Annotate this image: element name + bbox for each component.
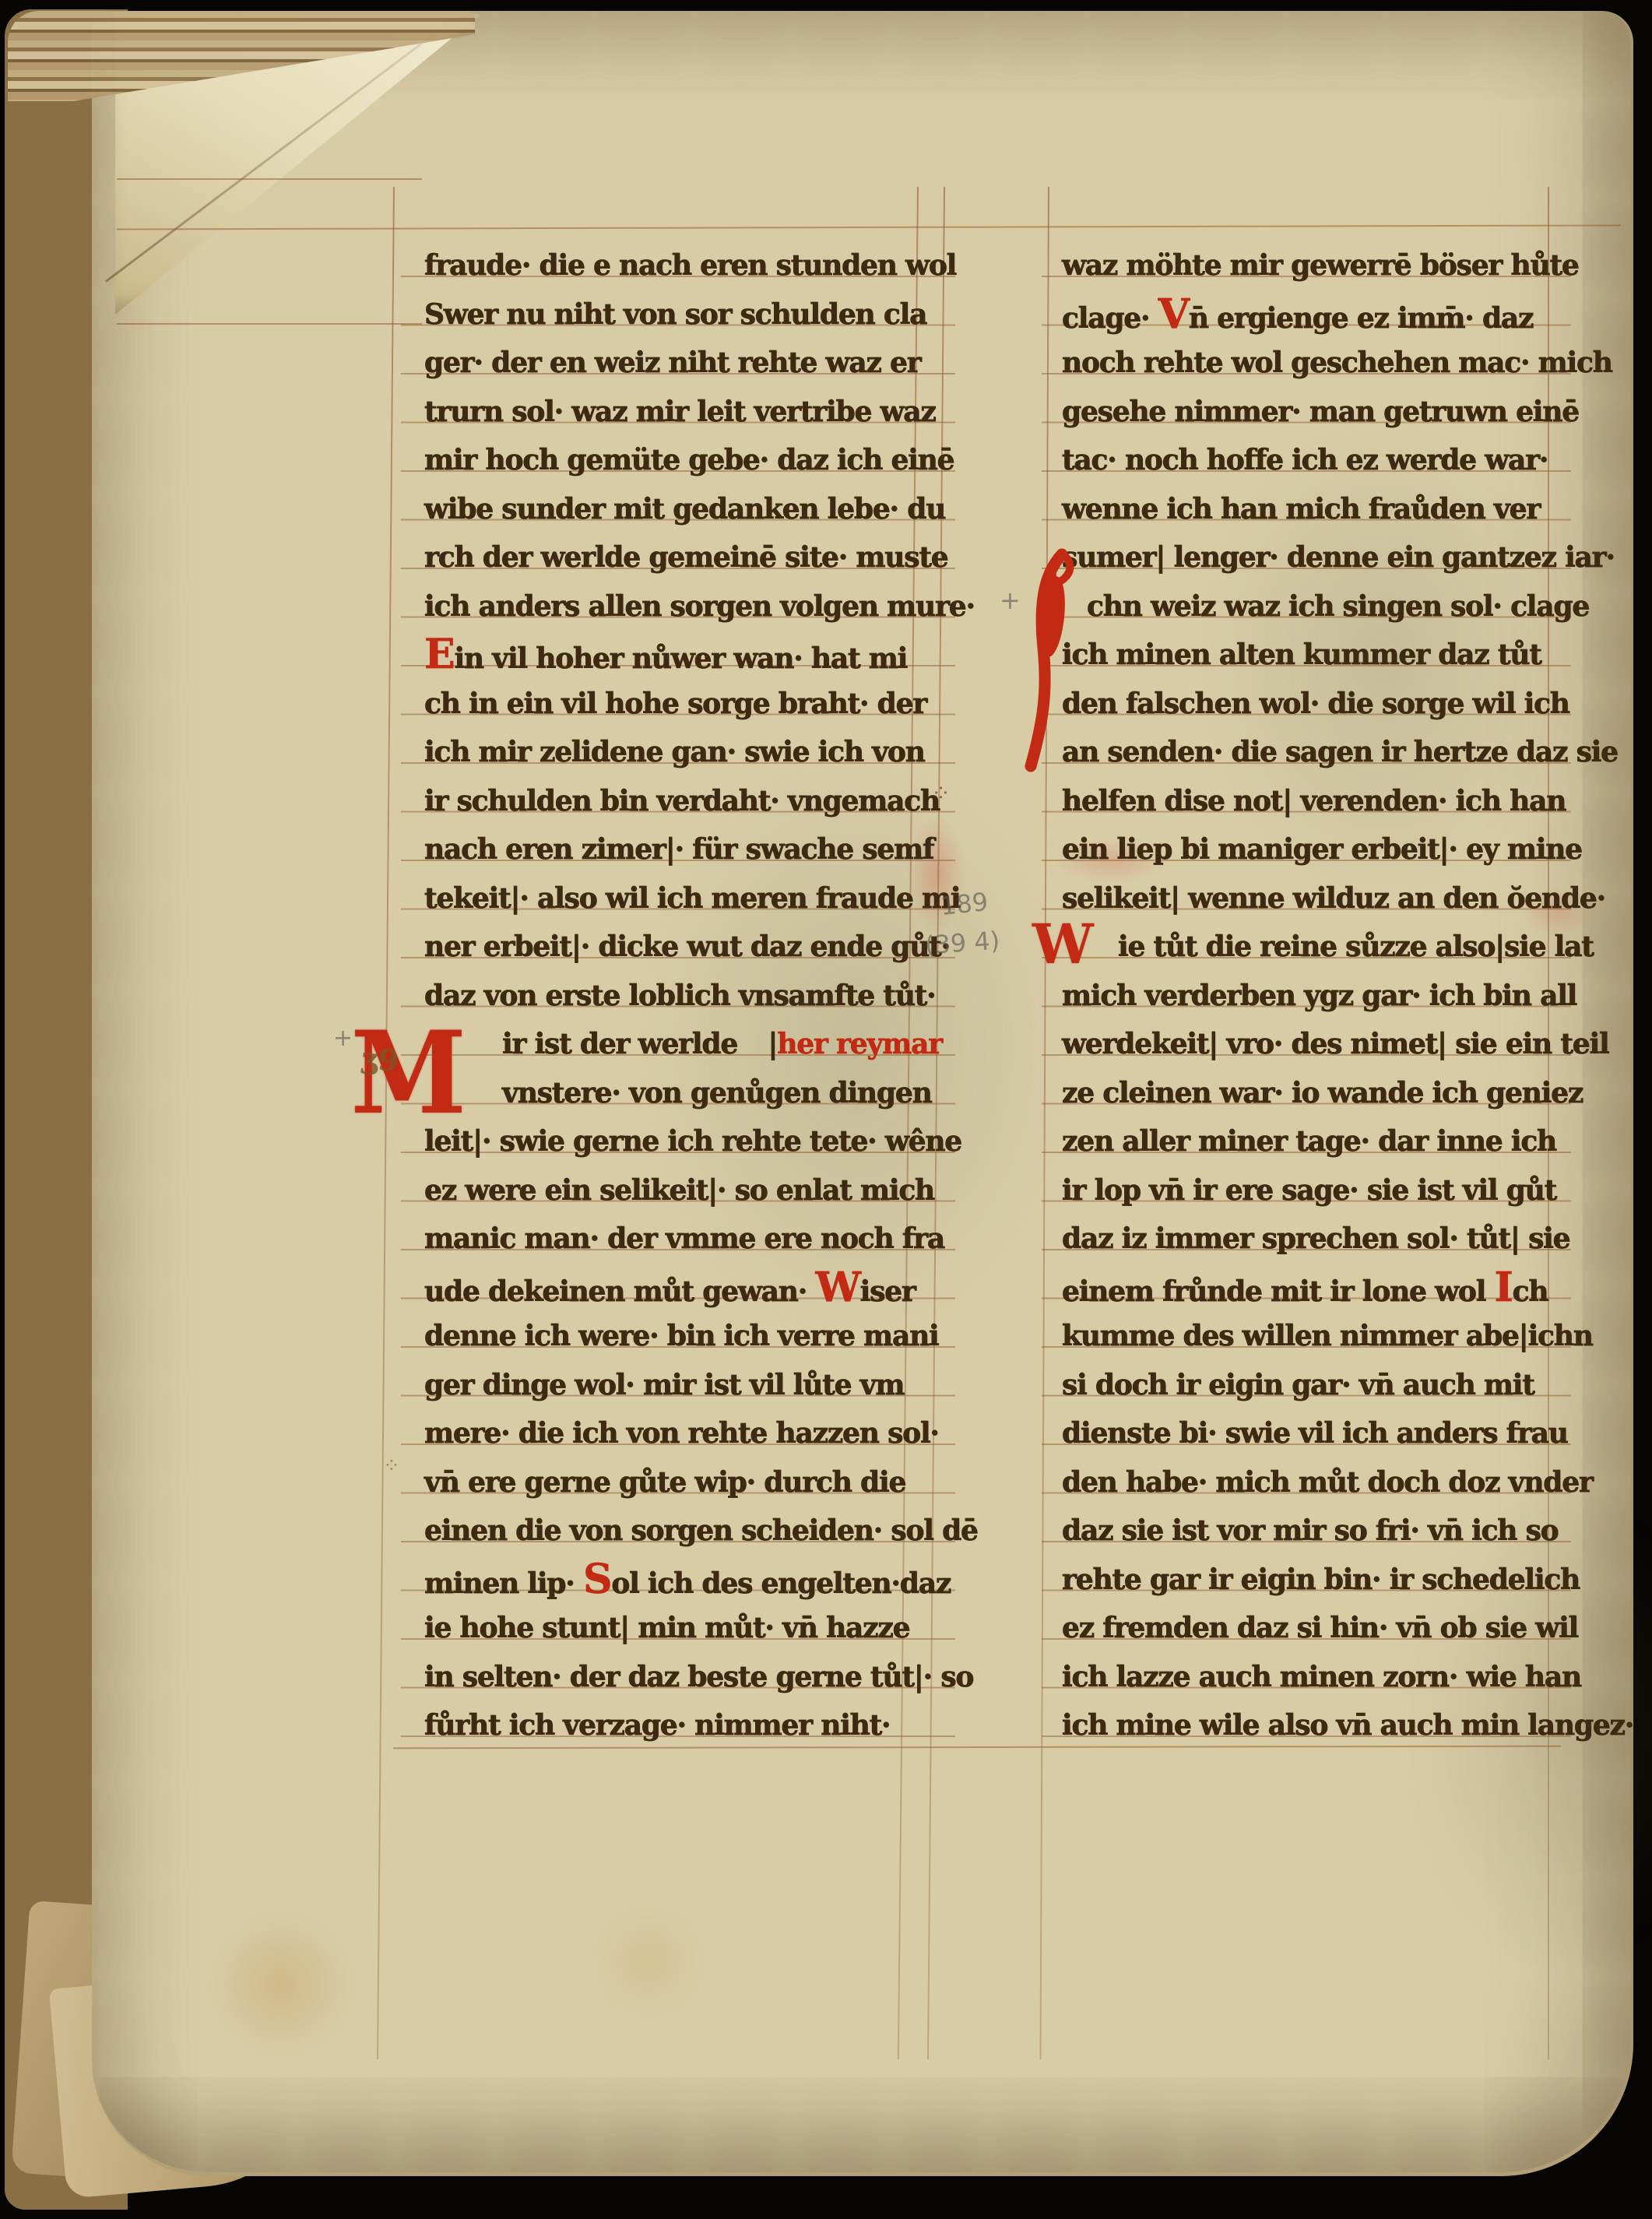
rubric-text: E (424, 631, 454, 678)
text-line: vn̄ ere gerne gůte wip· durch die (424, 1458, 942, 1507)
body-text: gesehe nimmer· man getruwn einē (1062, 396, 1579, 428)
lombard-initial-w: W (1032, 917, 1094, 972)
text-line: ich anders allen sorgen volgen mure· (424, 582, 942, 631)
pencil-foliation-number: (39 4) (924, 926, 1001, 961)
body-text: n̄ ergienge ez imm̄· daz (1189, 302, 1533, 335)
text-line: waz möhte mir gewerrē böser hůte (1062, 241, 1560, 290)
body-text: ude dekeinen můt gewan· (424, 1275, 815, 1308)
body-text: helfen dise not| verenden· ich han (1062, 785, 1566, 818)
text-line: manic man· der vmme ere noch fra (424, 1215, 942, 1264)
text-line: werdekeit| vro· des nimet| sie ein teil (1062, 1020, 1560, 1069)
text-line: rehte gar ir eigin bin· ir schedelich (1062, 1556, 1560, 1605)
body-text: ich mir zelidene gan· swie ich von (424, 736, 925, 768)
manuscript-photo: fraude· die e nach eren stunden wolSwer … (0, 0, 1652, 2219)
text-line: mich verderben ygz gar· ich bin all (1062, 972, 1560, 1021)
text-line: Ein vil hoher nůwer wan· hat mi (424, 631, 942, 680)
text-line: leit|· swie gerne ich rehte tete· wêne (424, 1117, 942, 1166)
body-text: in selten· der daz beste gerne tůt|· so (424, 1661, 973, 1693)
tall-initial-i-glyph (1021, 547, 1084, 788)
body-text: ich lazze auch minen zorn· wie han (1062, 1661, 1581, 1693)
body-text: in vil hoher nůwer wan· hat mi (454, 642, 907, 675)
body-text: iser (860, 1275, 916, 1308)
body-text: minen lip· (424, 1567, 583, 1600)
text-line: tekeit|· also wil ich meren fraude mi (424, 874, 942, 923)
body-text: ich anders allen sorgen volgen mure· (424, 590, 975, 623)
text-line: ie hohe stunt| min můt· vn̄ hazze (424, 1604, 942, 1653)
rubric-text: I (1495, 1264, 1513, 1311)
body-text: leit|· swie gerne ich rehte tete· wêne (424, 1125, 961, 1158)
body-text: tac· noch hoffe ich ez werde war· (1062, 444, 1548, 477)
body-text: nach eren zimer|· für swache semf (424, 833, 933, 866)
quire-signature-mark: ʒ9 (360, 1040, 400, 1079)
body-text: denne ich were· bin ich verre mani (424, 1320, 939, 1352)
body-text: fraude· die e nach eren stunden wol (424, 249, 956, 282)
text-line: minen lip· Sol ich des engelten·daz (424, 1556, 942, 1605)
text-line: ich lazze auch minen zorn· wie han (1062, 1653, 1560, 1702)
text-line: daz iz immer sprechen sol· tůt| sie (1062, 1215, 1560, 1264)
text-line: ez fremden daz si hin· vn̄ ob sie wil (1062, 1604, 1560, 1653)
text-line: tac· noch hoffe ich ez werde war· (1062, 436, 1560, 485)
body-text: selikeit| wenne wilduz an den ŏende· (1062, 882, 1605, 915)
body-text: einen die von sorgen scheiden· sol dē (424, 1514, 978, 1547)
body-text: ger dinge wol· mir ist vil lůte vm (424, 1369, 904, 1401)
body-text: rehte gar ir eigin bin· ir schedelich (1062, 1563, 1580, 1596)
body-text: ch in ein vil hohe sorge braht· der (424, 688, 926, 720)
text-line: an senden· die sagen ir hertze daz sie (1062, 728, 1560, 777)
text-line: daz von erste loblich vnsamfte tůt· (424, 972, 942, 1021)
text-line: wenne ich han mich fraůden ver (1062, 485, 1560, 534)
body-text: clage· (1062, 302, 1158, 335)
body-text: noch rehte wol geschehen mac· mich (1062, 346, 1612, 379)
body-text: wenne ich han mich fraůden ver (1062, 493, 1540, 526)
parchment-stain (590, 1903, 707, 2020)
text-line: ch in ein vil hohe sorge braht· der (424, 680, 942, 729)
text-line: Swer nu niht von sor schulden cla (424, 290, 942, 339)
body-text: daz von erste loblich vnsamfte tůt· (424, 979, 935, 1012)
text-line: einen die von sorgen scheiden· sol dē (424, 1507, 942, 1556)
text-line: fraude· die e nach eren stunden wol (424, 241, 942, 290)
body-text: ze cleinen war· io wande ich geniez (1062, 1077, 1583, 1109)
dots-mark: ⁘ (383, 1454, 400, 1478)
text-line: ein liep bi maniger erbeit|· ey mine (1062, 825, 1560, 874)
body-text: kumme des willen nimmer abe|ichn (1062, 1320, 1593, 1352)
text-line: ude dekeinen můt gewan· Wiser (424, 1264, 942, 1313)
body-text: vnstere· von genůgen dingen (502, 1077, 932, 1109)
body-text: daz sie ist vor mir so fri· vn̄ ich so (1062, 1514, 1558, 1547)
text-line: einem frůnde mit ir lone wol Ich (1062, 1264, 1560, 1313)
text-line: ger· der en weiz niht rehte waz er (424, 339, 942, 388)
body-text: ich mine wile also vn̄ auch min langez· (1062, 1709, 1633, 1742)
text-line: vnstere· von genůgen dingen (424, 1069, 942, 1118)
body-text: einem frůnde mit ir lone wol (1062, 1275, 1495, 1308)
text-line: fůrht ich verzage· nimmer niht· (424, 1701, 942, 1750)
text-line: trurn sol· waz mir leit vertribe waz (424, 388, 942, 437)
body-text: ez were ein selikeit|· so enlat mich (424, 1174, 934, 1207)
body-text: den falschen wol· die sorge wil ich (1062, 688, 1569, 720)
rubric-text: S (583, 1556, 611, 1603)
body-text: sumer| lenger· denne ein gantzez iar· (1062, 541, 1615, 574)
body-text: den habe· mich můt doch doz vnder (1062, 1466, 1593, 1499)
text-line: ir ist der werlde|her reymar (424, 1020, 942, 1069)
body-text: an senden· die sagen ir hertze daz sie (1062, 736, 1618, 768)
text-line: ir lop vn̄ ir ere sage· sie ist vil gůt (1062, 1166, 1560, 1215)
body-text: ir ist der werlde (502, 1020, 737, 1069)
text-line: noch rehte wol geschehen mac· mich (1062, 339, 1560, 388)
text-line: clage· Vn̄ ergienge ez imm̄· daz (1062, 290, 1560, 339)
text-line: ich mir zelidene gan· swie ich von (424, 728, 942, 777)
body-text: waz möhte mir gewerrē böser hůte (1062, 249, 1579, 282)
body-text: ich minen alten kummer daz tůt (1062, 638, 1541, 671)
body-text: ie hohe stunt| min můt· vn̄ hazze (424, 1612, 909, 1644)
pencil-cross-mark: + (1000, 586, 1021, 615)
text-line: mir hoch gemüte gebe· daz ich einē (424, 436, 942, 485)
text-line: ir schulden bin verdaht· vngemach (424, 777, 942, 826)
body-text: rch der werlde gemeinē site· muste (424, 541, 948, 574)
pencil-cross-mark: + (333, 1025, 353, 1052)
text-line: rch der werlde gemeinē site· muste (424, 533, 942, 582)
text-line: wibe sunder mit gedanken lebe· du (424, 485, 942, 534)
ruling-margin-line (117, 323, 422, 325)
text-line: ner erbeit|· dicke wut daz ende gůt· (424, 923, 942, 972)
text-line: ze cleinen war· io wande ich geniez (1062, 1069, 1560, 1118)
text-line: ez were ein selikeit|· so enlat mich (424, 1166, 942, 1215)
text-line: in selten· der daz beste gerne tůt|· so (424, 1653, 942, 1702)
body-text: ez fremden daz si hin· vn̄ ob sie wil (1062, 1612, 1578, 1644)
text-column-left: fraude· die e nach eren stunden wolSwer … (424, 241, 942, 1750)
body-text: Swer nu niht von sor schulden cla (424, 298, 926, 331)
parchment-stain (207, 1911, 355, 2059)
body-text: ner erbeit|· dicke wut daz ende gůt· (424, 930, 950, 963)
body-text: ch (1513, 1275, 1548, 1308)
body-text: dienste bi· swie vil ich anders frau (1062, 1417, 1568, 1450)
text-line: ich minen alten kummer daz tůt (1062, 631, 1560, 680)
pencil-foliation-number: 189 (939, 887, 989, 921)
text-line: helfen dise not| verenden· ich han (1062, 777, 1560, 826)
body-text: werdekeit| vro· des nimet| sie ein teil (1062, 1028, 1608, 1060)
body-text: si doch ir eigin gar· vn̄ auch mit (1062, 1369, 1534, 1401)
body-text: mich verderben ygz gar· ich bin all (1062, 979, 1576, 1012)
body-text: fůrht ich verzage· nimmer niht· (424, 1709, 890, 1742)
body-text: daz iz immer sprechen sol· tůt| sie (1062, 1222, 1569, 1255)
text-line: sumer| lenger· denne ein gantzez iar· (1062, 533, 1560, 582)
rubric-text: W (815, 1264, 859, 1311)
text-line: selikeit| wenne wilduz an den ŏende· (1062, 874, 1560, 923)
body-text: vn̄ ere gerne gůte wip· durch die (424, 1466, 905, 1499)
body-text: ir lop vn̄ ir ere sage· sie ist vil gůt (1062, 1174, 1556, 1207)
text-line: nach eren zimer|· für swache semf (424, 825, 942, 874)
body-text: manic man· der vmme ere noch fra (424, 1222, 944, 1255)
ruling-margin-line (117, 178, 422, 180)
body-text: | (768, 1020, 777, 1069)
body-text: wibe sunder mit gedanken lebe· du (424, 493, 945, 526)
body-text: ol ich des engelten·daz (611, 1567, 951, 1600)
body-text: mere· die ich von rehte hazzen sol· (424, 1417, 939, 1450)
text-line: zen aller miner tage· dar inne ich (1062, 1117, 1560, 1166)
text-line: daz sie ist vor mir so fri· vn̄ ich so (1062, 1507, 1560, 1556)
text-line: dienste bi· swie vil ich anders frau (1062, 1409, 1560, 1458)
body-text: zen aller miner tage· dar inne ich (1062, 1125, 1556, 1158)
text-line: den habe· mich můt doch doz vnder (1062, 1458, 1560, 1507)
body-text: ger· der en weiz niht rehte waz er (424, 346, 921, 379)
body-text: ie tůt die reine sůzze also|sie lat (1118, 930, 1594, 963)
body-text: mir hoch gemüte gebe· daz ich einē (424, 444, 954, 477)
tall-initial-i (1021, 547, 1084, 791)
rubric-text: V (1158, 290, 1189, 338)
dots-mark: ⁘ (931, 780, 951, 807)
body-text: chn weiz waz ich singen sol· clage (1087, 590, 1589, 623)
text-line: kumme des willen nimmer abe|ichn (1062, 1312, 1560, 1361)
body-text: ein liep bi maniger erbeit|· ey mine (1062, 833, 1582, 866)
text-line: ger dinge wol· mir ist vil lůte vm (424, 1361, 942, 1410)
text-column-right: waz möhte mir gewerrē böser hůteclage· V… (1062, 241, 1560, 1750)
text-line: gesehe nimmer· man getruwn einē (1062, 388, 1560, 437)
body-text: tekeit|· also wil ich meren fraude mi (424, 882, 960, 915)
text-line: den falschen wol· die sorge wil ich (1062, 680, 1560, 729)
text-line: ie tůt die reine sůzze also|sie lat (1062, 923, 1560, 972)
text-line: mere· die ich von rehte hazzen sol· (424, 1409, 942, 1458)
rubric-text: her reymar (777, 1020, 942, 1069)
text-line: si doch ir eigin gar· vn̄ auch mit (1062, 1361, 1560, 1410)
text-line: denne ich were· bin ich verre mani (424, 1312, 942, 1361)
text-line: chn weiz waz ich singen sol· clage (1062, 582, 1560, 631)
body-text: ir schulden bin verdaht· vngemach (424, 785, 940, 818)
text-line: ich mine wile also vn̄ auch min langez· (1062, 1701, 1560, 1750)
body-text: trurn sol· waz mir leit vertribe waz (424, 396, 936, 428)
